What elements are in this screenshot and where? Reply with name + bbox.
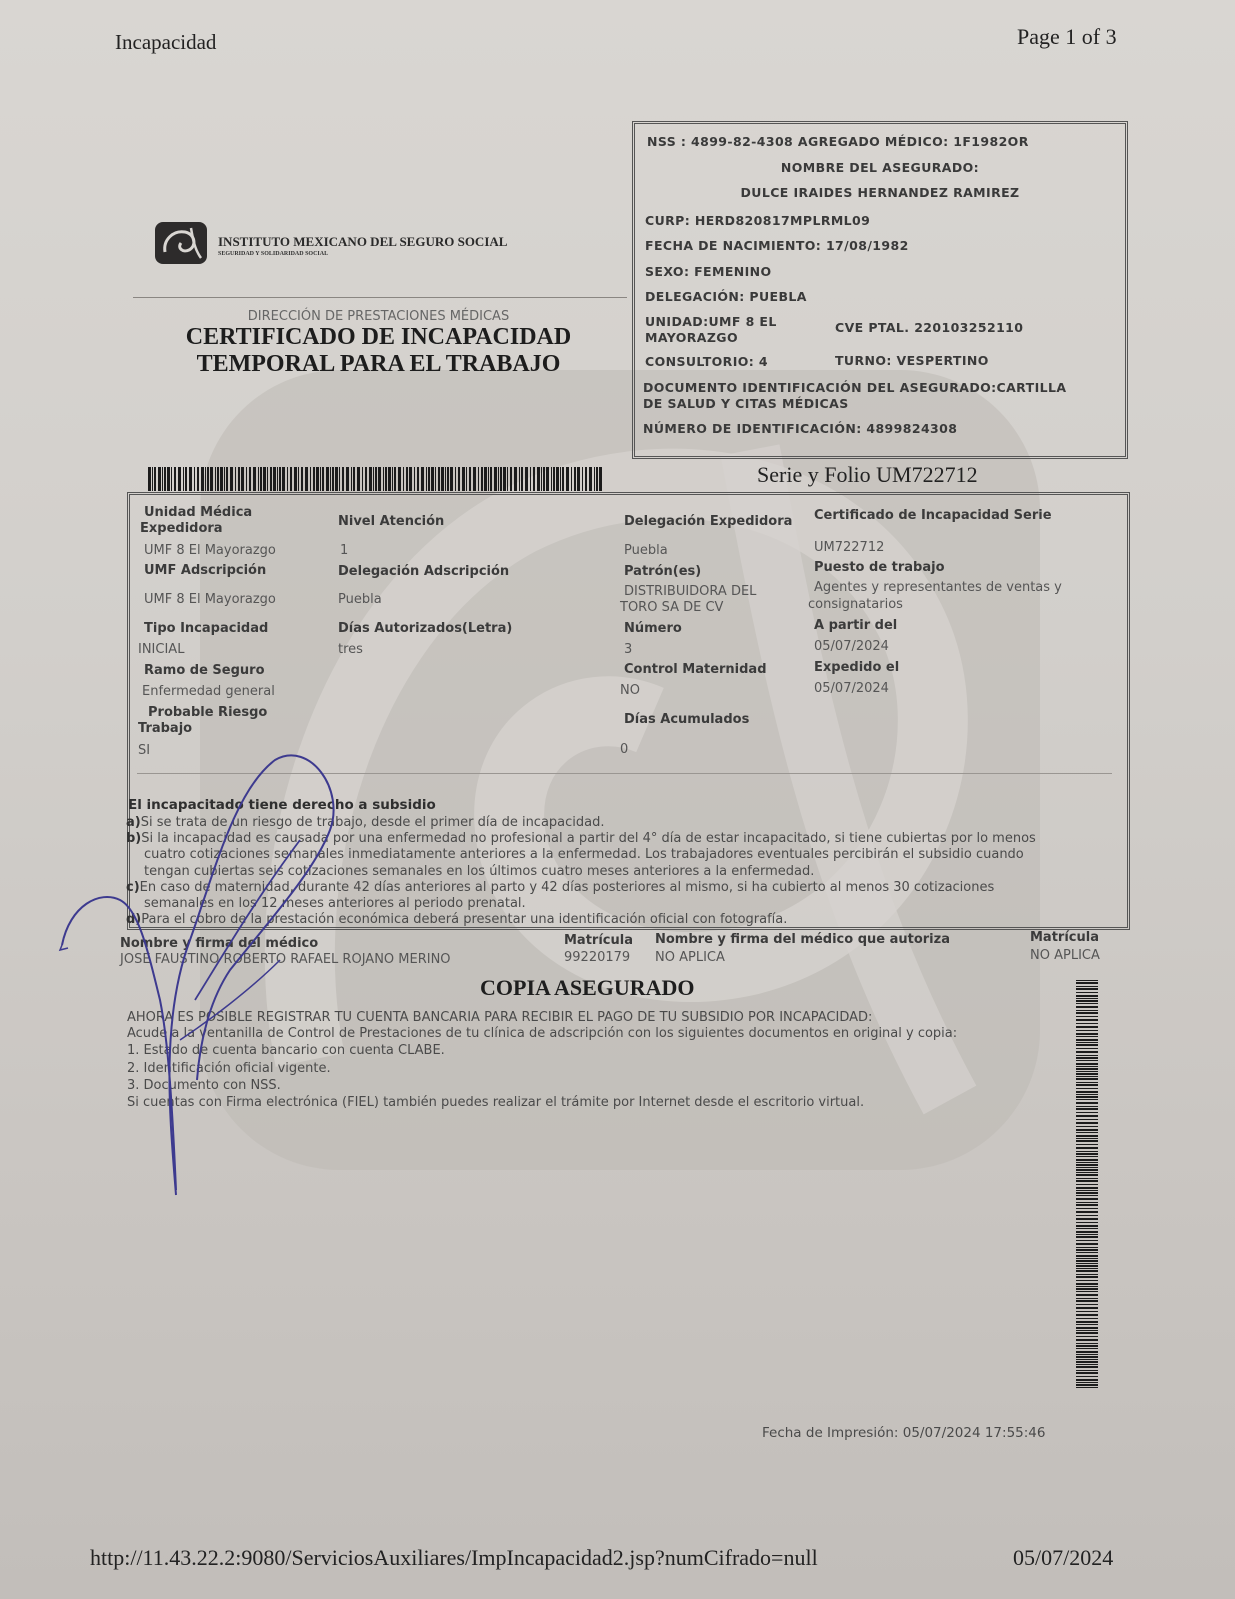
cert-serie-label: Certificado de Incapacidad Serie [814,508,1052,524]
rights-item-line: semanales en los 12 meses anteriores al … [144,896,526,912]
document-page: Incapacidad Page 1 of 3 INSTITUTO MEXICA… [0,0,1235,1599]
matricula-value: 99220179 [564,950,630,966]
consultorio: CONSULTORIO: 4 [645,354,768,369]
institution-name: INSTITUTO MEXICANO DEL SEGURO SOCIAL [218,234,507,250]
copy-line: Si cuentas con Firma electrónica (FIEL) … [127,1095,864,1110]
id-document-line2: DE SALUD Y CITAS MÉDICAS [643,396,849,411]
riesgo-trabajo-label-1: Probable Riesgo [148,705,267,721]
doctor-signature-label: Nombre y firma del médico [120,936,318,952]
expedido-value: 05/07/2024 [814,681,889,697]
matricula-label: Matrícula [564,933,633,949]
nss-line: NSS : 4899-82-4308 AGREGADO MÉDICO: 1F19… [647,134,1029,149]
unit-line2: MAYORAZGO [645,330,738,345]
cert-serie-value: UM722712 [814,540,884,556]
turno: TURNO: VESPERTINO [835,353,989,368]
unidad-medica-value: UMF 8 El Mayorazgo [144,543,276,559]
dias-acumulados-label: Días Acumulados [624,712,749,728]
tipo-incapacidad-label: Tipo Incapacidad [144,621,268,637]
divider [137,773,1112,774]
curp: CURP: HERD820817MPLRML09 [645,213,870,228]
dias-letra-label: Días Autorizados(Letra) [338,621,512,637]
tipo-incapacidad-value: INICIAL [138,642,184,658]
unit-line1: UNIDAD:UMF 8 EL [645,314,777,329]
insured-name-label: NOMBRE DEL ASEGURADO: [635,160,1125,175]
barcode [148,467,608,491]
copy-line: 1. Estado de cuenta bancario con cuenta … [127,1043,445,1058]
control-maternidad-label: Control Maternidad [624,662,767,678]
rights-item-marker: a) [126,815,141,830]
patron-value-line1: DISTRIBUIDORA DEL [624,584,756,600]
matricula2-value: NO APLICA [1030,948,1100,964]
delegacion-adscripcion-label: Delegación Adscripción [338,564,509,580]
umf-adscripcion-label: UMF Adscripción [144,563,266,579]
delegation: DELEGACIÓN: PUEBLA [645,289,807,304]
puesto-label: Puesto de trabajo [814,560,945,576]
puesto-value-line2: consignatarios [808,597,903,613]
direction-label: DIRECCIÓN DE PRESTACIONES MÉDICAS [130,309,627,324]
nivel-atencion-value: 1 [340,543,348,559]
delegacion-expedidora-value: Puebla [624,543,668,559]
dias-acumulados-value: 0 [620,742,628,758]
copy-title: COPIA ASEGURADO [480,975,695,1001]
document-title-line1: CERTIFICADO DE INCAPACIDAD [130,324,627,351]
ramo-seguro-label: Ramo de Seguro [144,663,265,679]
rights-item-line: c)En caso de maternidad, durante 42 días… [126,880,994,896]
insured-info-box: NSS : 4899-82-4308 AGREGADO MÉDICO: 1F19… [632,121,1128,459]
ramo-seguro-value: Enfermedad general [142,684,275,700]
birth-date: FECHA DE NACIMIENTO: 17/08/1982 [645,238,909,253]
expedido-label: Expedido el [814,660,899,676]
imss-logo-icon [155,222,207,264]
rights-item-line: cuatro cotizaciones semanales inmediatam… [144,847,1024,863]
page-header-title: Incapacidad [115,30,216,55]
print-date: Fecha de Impresión: 05/07/2024 17:55:46 [762,1425,1045,1441]
rights-item-line: d)Para el cobro de la prestación económi… [126,912,787,928]
delegacion-expedidora-label: Delegación Expedidora [624,514,792,530]
rights-item-marker: d) [126,912,141,927]
document-title-line2: TEMPORAL PARA EL TRABAJO [130,351,627,378]
authorizing-doctor-value: NO APLICA [655,950,725,966]
dias-letra-value: tres [338,642,363,658]
authorizing-doctor-label: Nombre y firma del médico que autoriza [655,932,950,948]
riesgo-trabajo-value: SI [138,743,150,759]
unidad-medica-label-2: Expedidora [140,521,223,537]
numero-label: Número [624,621,682,637]
page-footer-date: 05/07/2024 [1013,1545,1113,1571]
rights-item-marker: c) [126,880,140,895]
copy-line: 2. Identificación oficial vigente. [127,1061,331,1076]
page-indicator: Page 1 of 3 [1017,24,1117,50]
rights-item-line: b)Si la incapacidad es causada por una e… [126,831,1036,847]
rights-item-marker: b) [126,831,141,846]
doctor-name: JOSE FAUSTINO ROBERTO RAFAEL ROJANO MERI… [120,952,451,968]
patron-value-line2: TORO SA DE CV [620,600,723,616]
puesto-value-line1: Agentes y representantes de ventas y [814,580,1062,596]
umf-adscripcion-value: UMF 8 El Mayorazgo [144,592,276,608]
sex: SEXO: FEMENINO [645,264,772,279]
institution-tagline: SEGURIDAD Y SOLIDARIDAD SOCIAL [218,251,328,257]
insured-name: DULCE IRAIDES HERNANDEZ RAMIREZ [635,185,1125,200]
numero-value: 3 [624,642,632,658]
rights-item-line: a)Si se trata de un riesgo de trabajo, d… [126,815,605,831]
serie-folio: Serie y Folio UM722712 [757,462,978,488]
rights-heading: El incapacitado tiene derecho a subsidio [128,797,436,813]
rights-item-line: tengan cubiertas seis cotizaciones seman… [144,864,814,880]
a-partir-value: 05/07/2024 [814,639,889,655]
id-number: NÚMERO DE IDENTIFICACIÓN: 4899824308 [643,421,957,436]
divider [133,297,627,298]
copy-line: Acude a la ventanilla de Control de Pres… [127,1026,957,1041]
control-maternidad-value: NO [620,683,640,699]
matricula2-label: Matrícula [1030,930,1099,946]
id-document-line1: DOCUMENTO IDENTIFICACIÓN DEL ASEGURADO:C… [643,380,1066,395]
page-url: http://11.43.22.2:9080/ServiciosAuxiliar… [90,1545,818,1571]
unidad-medica-label-1: Unidad Médica [144,505,252,521]
patron-label: Patrón(es) [624,564,701,580]
copy-line: 3. Documento con NSS. [127,1078,281,1093]
copy-line: AHORA ES POSIBLE REGISTRAR TU CUENTA BAN… [127,1010,872,1025]
a-partir-label: A partir del [814,618,897,634]
cve-ptal: CVE PTAL. 220103252110 [835,320,1023,335]
delegacion-adscripcion-value: Puebla [338,592,382,608]
riesgo-trabajo-label-2: Trabajo [138,721,192,737]
nivel-atencion-label: Nivel Atención [338,514,444,530]
vertical-barcode [1076,980,1098,1390]
